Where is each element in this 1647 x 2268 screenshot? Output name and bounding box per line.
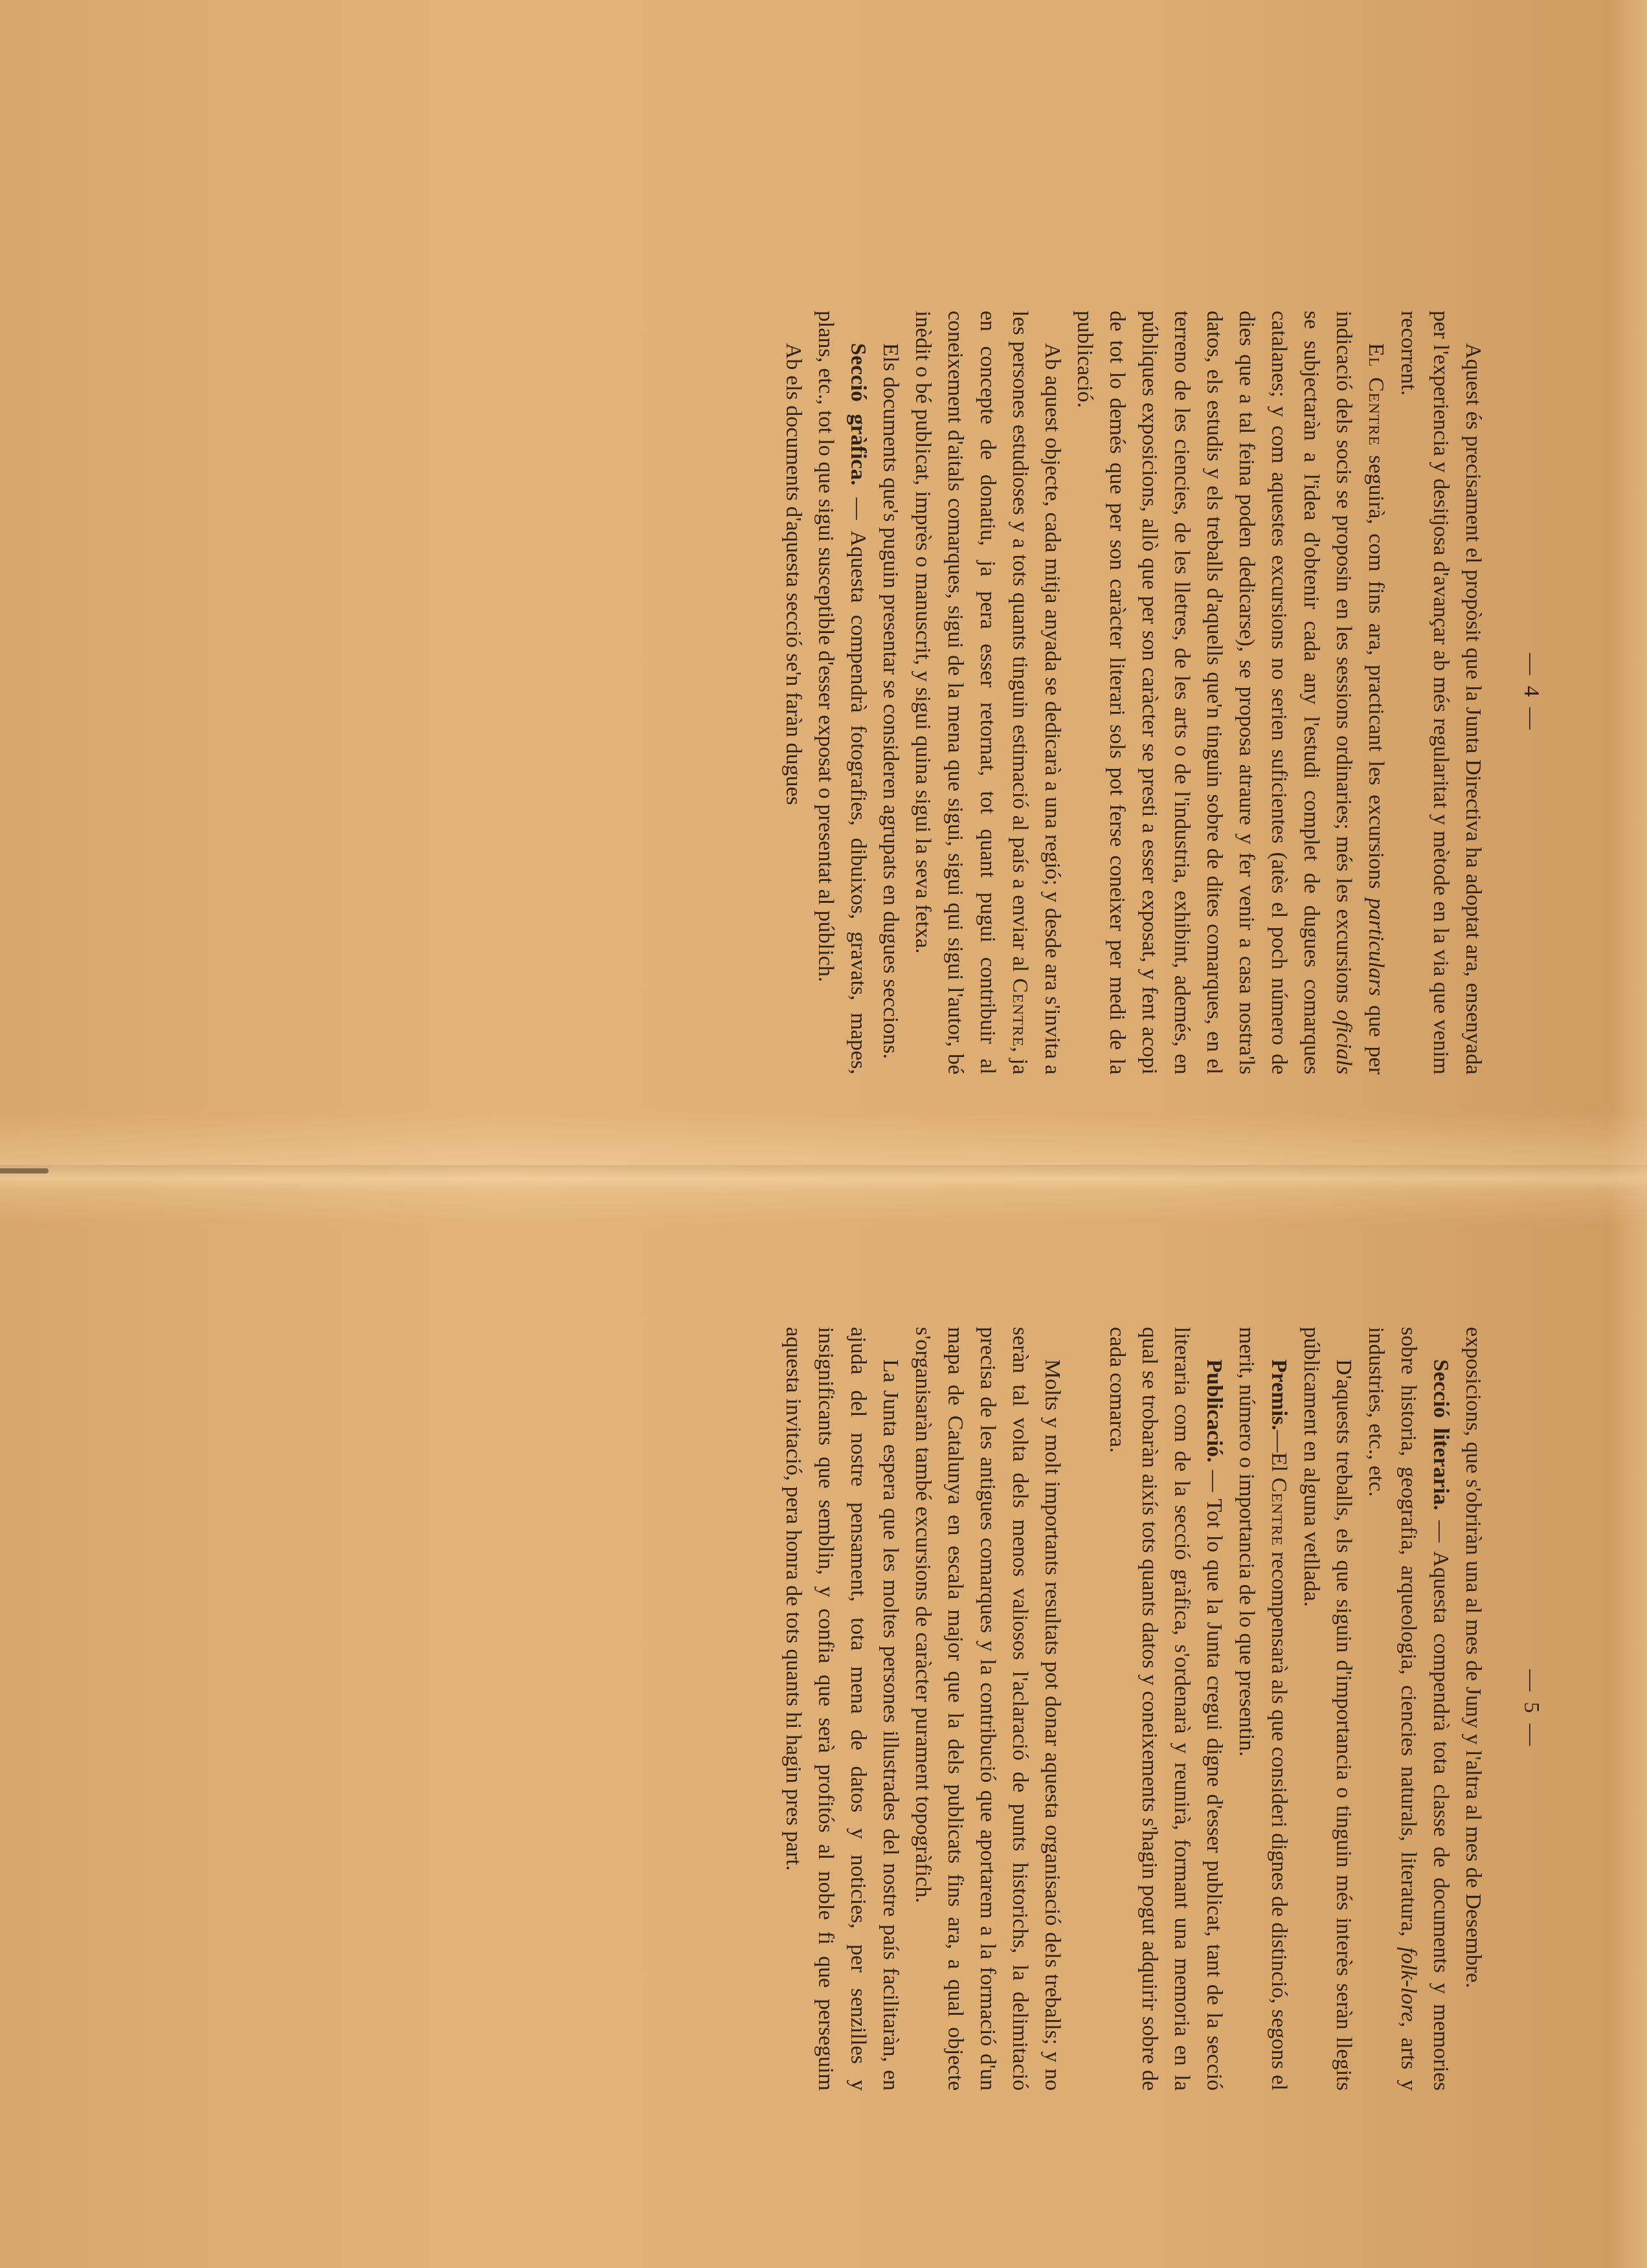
paragraph-text: —El <box>1267 1430 1291 1478</box>
page-4: — 4 — Aquest és precisament el propòsit … <box>777 311 1547 1074</box>
page-5: — 5 — exposicions, que s'obriràn una al … <box>777 1327 1547 2091</box>
paragraph-text: Els documents que's puguin presentar se … <box>879 343 902 1059</box>
paragraph-text: D'aquests treballs, els que siguin d'imp… <box>1299 1327 1356 2091</box>
section-heading-premis: Premis. <box>1267 1359 1291 1430</box>
page-edge <box>1608 0 1647 2268</box>
paragraph-text: Aquest és precisament el propòsit que la… <box>1396 311 1485 1074</box>
paragraph-text: Molts y molt importants resultats pot do… <box>911 1327 1064 2091</box>
paragraph: El Centre seguirà, com fins ara, practic… <box>1068 311 1392 1074</box>
paragraph: exposicions, que s'obriràn una al mes de… <box>1457 1327 1489 2091</box>
paragraph: Publicació. — Tot lo que la Junta cregui… <box>1101 1327 1230 2091</box>
italic-term: oficials <box>1332 1010 1356 1074</box>
section-heading-literaria: Secció literaria. <box>1429 1359 1453 1511</box>
page-number: — 4 — <box>1515 311 1547 1074</box>
paper-tear-mark <box>0 1168 49 1173</box>
centre-smallcaps: El Centre <box>1364 343 1388 446</box>
paragraph: Molts y molt importants resultats pot do… <box>906 1327 1068 2091</box>
paragraph: Secció gràfica. — Aquesta compendrà foto… <box>809 311 874 1074</box>
italic-term: folk-lore <box>1396 1947 1420 2022</box>
paragraph: Secció literaria. — Aquesta compendrà to… <box>1360 1327 1457 2091</box>
paragraph: D'aquests treballs, els que siguin d'imp… <box>1295 1327 1360 2091</box>
italic-term: particulars <box>1364 898 1388 996</box>
paragraph: Premis.—El Centre recompensarà als que c… <box>1230 1327 1295 2091</box>
page-fold <box>0 1165 1647 1191</box>
paragraph-text: Ab els documents d'aquesta secció se'n f… <box>781 343 805 805</box>
paragraph-text: seguirà, com fins ara, practicant les ex… <box>1364 446 1388 898</box>
paragraph: Ab aquest objecte, cada mitja anyada se … <box>906 311 1068 1074</box>
paragraph-text: se subjectaràn a l'idea d'obtenir cada a… <box>1073 311 1323 1074</box>
paragraph: Els documents que's puguin presentar se … <box>874 311 906 1074</box>
paragraph: La Junta espera que les moltes persones … <box>777 1327 906 2091</box>
page-number: — 5 — <box>1515 1327 1547 2091</box>
paragraph: Ab els documents d'aquesta secció se'n f… <box>777 311 809 1074</box>
section-heading-grafica: Secció gràfica. <box>846 343 870 485</box>
centre-smallcaps: Centre <box>1008 978 1032 1047</box>
paragraph-text: Ab aquest objecte, cada mitja anyada se … <box>1008 311 1064 1074</box>
centre-smallcaps: Centre <box>1267 1478 1291 1546</box>
section-heading-publicacio: Publicació. <box>1202 1359 1226 1463</box>
paragraph-text: La Junta espera que les moltes persones … <box>781 1327 902 2091</box>
paragraph: Aquest és precisament el propòsit que la… <box>1392 311 1489 1074</box>
paragraph-text: exposicions, que s'obriràn una al mes de… <box>1461 1327 1485 1988</box>
